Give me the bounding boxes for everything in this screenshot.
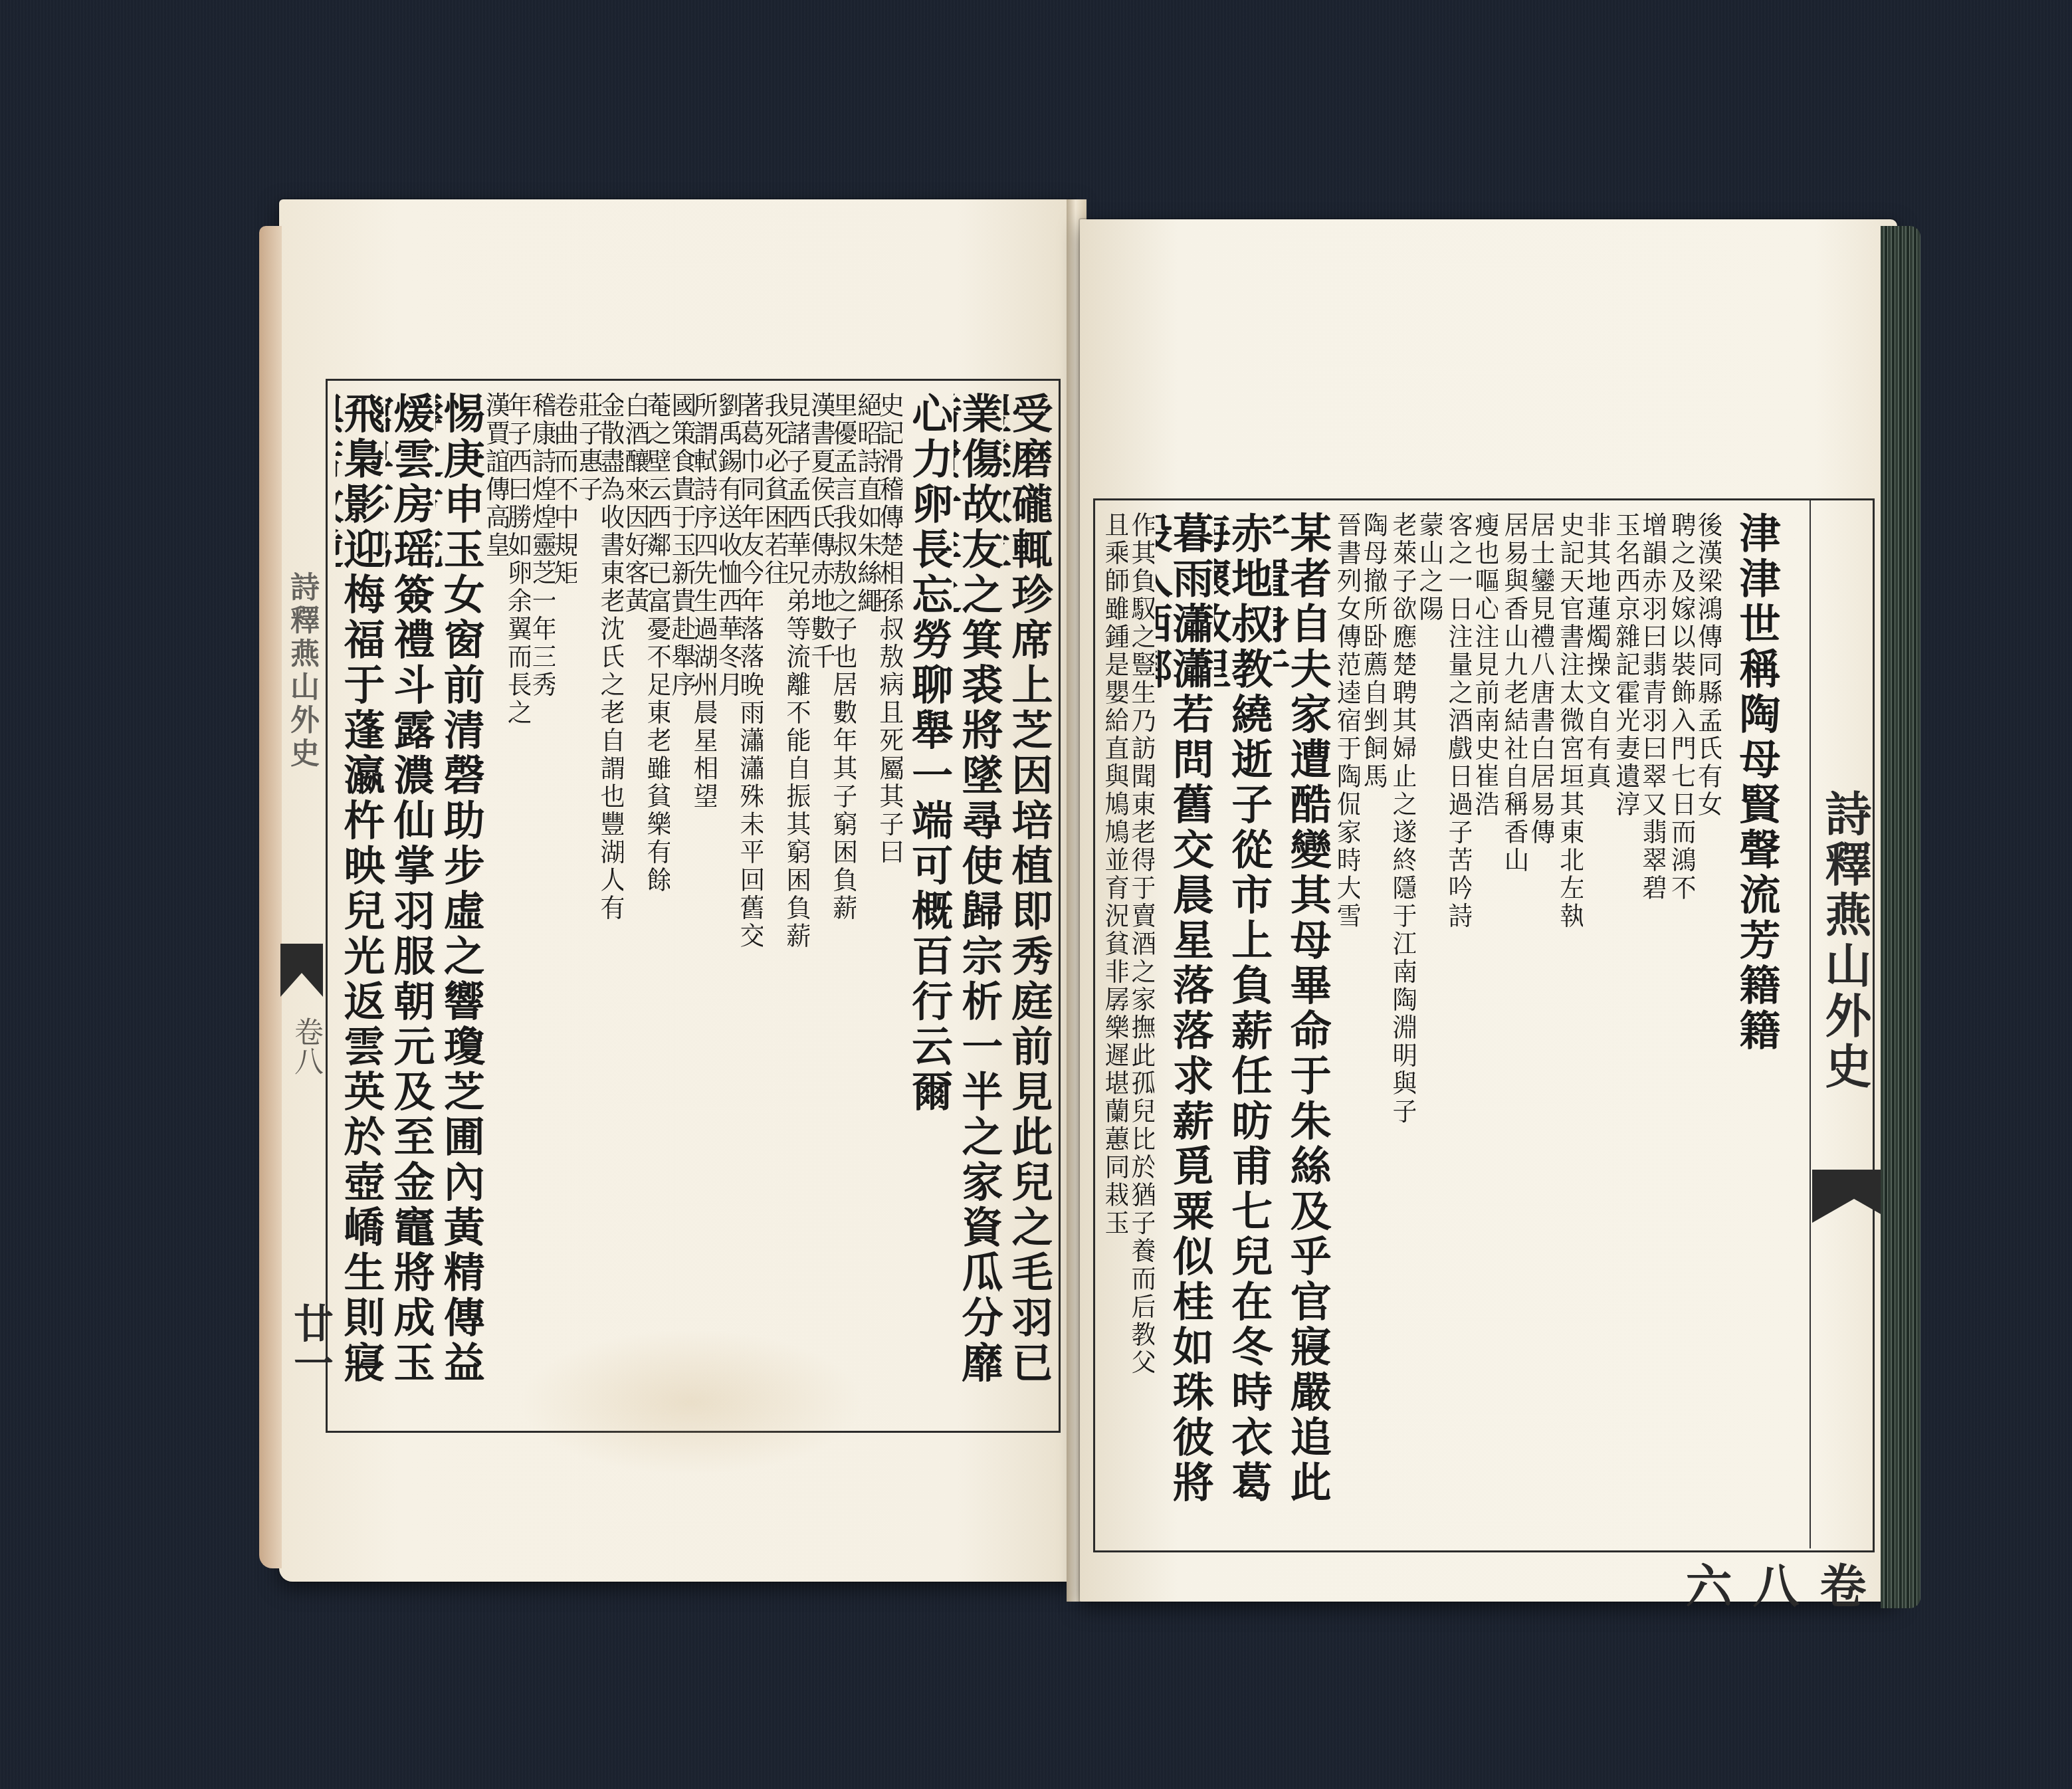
annotation-column: 年子西曰勝如卵余翼而長之漢賈誼傳高皇 [485,392,532,1416]
annotation-column: 卷曲而不中規矩稽康詩煌煌靈芝一年三秀 [532,392,578,1416]
annotation-column: 作其負馭之豎生乃訪聞東老得于賣酒之家撫此孤兒比於猶子養而后教父且乘師雖鍾是嬰給直… [1100,512,1156,1535]
left-page: 詩釋燕山外史 卷八 廿一 受磨礲輒珍席上芝因培植即秀庭前見此兒之毛羽已豐遂教立 … [279,199,1077,1582]
left-book-title: 詩釋燕山外史 [280,572,323,930]
note-line: 客之一日注量之酒戲日過子苦吟詩 [1445,512,1471,1535]
right-text-columns: 津津世稱陶母賢聲流芳籍籍 後漢梁鴻傳同縣孟氏有女聘之及嫁以裝飾入門七日而鴻不 增… [1100,512,1781,1548]
annotation-column: 居士鑾見禮八唐書白居易傳居易與香山九老結社自稱香山 [1499,512,1555,1535]
note-line: 玉名西京雜記霍光妻遺淳 [1612,512,1639,1535]
annotation-column: 見諸子孟西華兄弟等流離不能自振其窮困負薪我死必貧困若往 [764,392,811,1416]
note-line: 晉書列女傳范逵宿于陶侃家時大雪 [1333,512,1360,1535]
note-line: 居易與香山九老結社自稱香山 [1501,512,1527,1535]
note-line: 蒙山之陽 [1415,512,1442,1535]
note-line: 且乘師雖鍾是嬰給直與鳩鳩並育況貧非孱樂遲堪蘭蕙同栽玉 [1101,512,1128,1535]
left-volume-label: 卷八 [284,1017,327,1075]
note-line: 國策食貴于玉新貴赴舉序 [673,392,694,1416]
annotation-column: 著葛巾同年友今年落落晚雨瀟瀟殊未平回舊交劉禹錫有送收恤西華冬月 [718,392,764,1416]
note-line: 著葛巾同年友今年落落晚雨瀟瀟殊未平回舊交 [741,392,763,1416]
note-line: 莊子惠子 [579,392,601,1416]
note-line: 見諸子孟西華兄弟等流離不能自振其窮困負薪 [787,392,809,1416]
note-line: 漢賈誼傳高皇 [486,392,508,1416]
note-line: 老萊子欲應楚聘其婦止之遂終隱于江南陶淵明與子 [1389,512,1415,1535]
text-column: 津津世稱陶母賢聲流芳籍籍 [1722,512,1781,1535]
fish-tail-mark [280,944,323,997]
annotation-column: 里優孟言我叔敖之子也居數年其子窮困負薪漢書夏侯氏傳赤地數千 [811,392,857,1416]
note-line: 菴之壁云西鄰已富憂不足東老雖貧樂有餘 [648,392,670,1416]
note-line: 劉禹錫有送收恤西華冬月 [719,392,741,1416]
note-line: 作其負馭之豎生乃訪聞東老得于賣酒之家撫此孤兒比於猶子養而后教父 [1128,512,1154,1535]
note-line: 非其地蓮燭操文自有真 [1583,512,1609,1535]
text-column: 暮雨瀟瀟若問舊交晨星落落求薪覓粟似桂如珠彼將投入西鄰 [1156,512,1214,1535]
text-column: 煖雲房瑶簽禮斗露濃仙掌羽服朝元及至金竈將成玉棺早下舄 [385,392,435,1416]
note-line: 漢書夏侯氏傳赤地數千 [812,392,834,1416]
note-line: 絕昭詩直如朱絲繩 [859,392,881,1416]
book-fore-edge [1881,226,1920,1608]
text-column: 赤地叔教繞逝子從市上負薪任昉甫七兒在冬時衣葛每懷故里 [1214,512,1273,1535]
text-column: 惕庚申玉女窗前清磬助步虛之響瓊芝圃內黃精傳益壽之方花 [435,392,485,1416]
note-line: 增韻赤羽曰翡青羽曰翠又翡翠碧 [1639,512,1665,1535]
text-column: 心力卵長忘勞聊舉一端可概百行云爾 [904,392,954,1416]
annotation-column: 金散盡為收書東老沈氏之老自謂也豐湖人有莊子惠子 [578,392,625,1416]
note-line: 後漢梁鴻傳同縣孟氏有女 [1695,512,1721,1535]
note-line: 史記天官書注太微宮垣其東北左執 [1556,512,1583,1535]
annotation-column: 瘦也嘔心注見前南史崔浩客之一日注量之酒戲日過子苦吟詩 [1443,512,1499,1535]
note-line: 年子西曰勝如卵余翼而長之 [508,392,530,1416]
note-line: 卷曲而不中規矩 [555,392,577,1416]
annotation-column: 增韻赤羽曰翡青羽曰翠又翡翠碧玉名西京雜記霍光妻遺淳 [1611,512,1667,1535]
annotation-column: 非其地蓮燭操文自有真史記天官書注太微宮垣其東北左執 [1555,512,1611,1535]
note-line: 瘦也嘔心注見前南史崔浩 [1471,512,1498,1535]
right-folio-number: 卷八 六 [1672,1562,1873,1608]
left-page-heart: 詩釋燕山外史 卷八 廿一 [279,379,328,1429]
folio-number: 六 [1678,1562,1733,1608]
note-line: 金散盡為收書東老沈氏之老自謂也豐湖人有 [601,392,623,1416]
note-line: 所謂軾詩序四先生過湖州晨星相望 [694,392,716,1416]
note-line: 我死必貧困若往 [766,392,787,1416]
note-line: 居士鑾見禮八唐書白居易傳 [1527,512,1554,1535]
note-line: 稽康詩煌煌靈芝一年三秀 [533,392,555,1416]
annotation-column: 陶母撤所卧薦自剉飼馬晉書列女傳范逵宿于陶侃家時大雪 [1332,512,1388,1535]
volume-label: 卷八 [1745,1562,1867,1608]
note-line: 白酒釀來因好客黃 [626,392,648,1416]
left-page-edge [259,226,282,1568]
note-line: 聘之及嫁以裝飾入門七日而鴻不 [1668,512,1695,1535]
left-text-columns: 受磨礲輒珍席上芝因培植即秀庭前見此兒之毛羽已豐遂教立 業傷故友之箕裘將墜尋使歸宗… [336,392,1053,1429]
text-column: 飛梟影迎梅福于蓬瀛杵映兒光返雲英於壺嶠生則寢興若故逆 [336,392,385,1416]
book-photo: 詩釋燕山外史 卷八 廿一 受磨礲輒珍席上芝因培植即秀庭前見此兒之毛羽已豐遂教立 … [0,0,2072,1789]
note-line: 陶母撤所卧薦自剉飼馬 [1360,512,1386,1535]
annotation-column: 所謂軾詩序四先生過湖州晨星相望國策食貴于玉新貴赴舉序 [671,392,718,1416]
annotation-column: 史記滑稽傳楚相孫叔敖病且死屬其子曰絕昭詩直如朱絲繩 [857,392,904,1416]
right-page: 詩釋燕山外史 卷八 六 津津世稱陶母賢聲流芳籍籍 後漢梁鴻傳同縣孟氏有女聘之及嫁… [1080,219,1897,1602]
note-line: 史記滑稽傳楚相孫叔敖病且死屬其子曰 [881,392,902,1416]
text-column: 受磨礲輒珍席上芝因培植即秀庭前見此兒之毛羽已豐遂教立 [1003,392,1053,1416]
note-line: 里優孟言我叔敖之子也居數年其子窮困負薪 [834,392,856,1416]
annotation-column: 後漢梁鴻傳同縣孟氏有女聘之及嫁以裝飾入門七日而鴻不 [1667,512,1722,1535]
text-column: 某者自夫家遭酷變其母畢命于朱絲及乎官寢嚴追此子置身于 [1273,512,1332,1535]
annotation-column: 菴之壁云西鄰已富憂不足東老雖貧樂有餘白酒釀來因好客黃 [625,392,671,1416]
text-column: 業傷故友之箕裘將墜尋使歸宗析一半之家資瓜分靡惜費十年之 [954,392,1003,1416]
annotation-column: 蒙山之陽老萊子欲應楚聘其婦止之遂終隱于江南陶淵明與子 [1388,512,1443,1535]
water-stain [518,1329,864,1475]
